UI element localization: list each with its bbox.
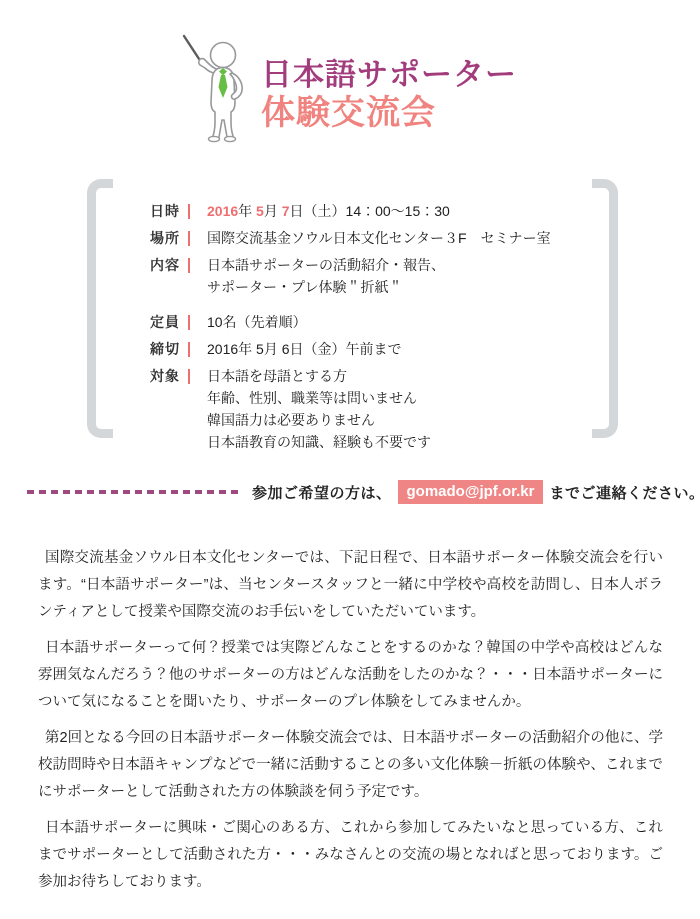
info-value-line: 国際交流基金ソウル日本文化センター３F セミナー室: [207, 227, 551, 249]
label-separator-bar: [188, 342, 190, 357]
paragraph: 日本語サポーターに興味・ご関心のある方、これから参加してみたいなと思っている方、…: [38, 815, 663, 896]
info-value: 日本語サポーターの活動紹介・報告、サポーター・プレ体験＂折紙＂: [207, 254, 445, 298]
event-details-list: 日時2016年 5月 7日（土）14：00～15：30場所国際交流基金ソウル日本…: [150, 200, 580, 458]
info-value-line: 2016年 5月 6日（金）午前まで: [207, 338, 402, 360]
info-value-line: サポーター・プレ体験＂折紙＂: [207, 276, 445, 298]
info-label: 締切: [150, 338, 182, 360]
info-label: 定員: [150, 311, 182, 333]
page-title: 日本語サポーター 体験交流会: [261, 56, 517, 132]
info-value: 日本語を母語とする方年齢、性別、職業等は問いません韓国語力は必要ありません日本語…: [207, 365, 431, 453]
label-separator-bar: [188, 204, 190, 219]
info-label: 日時: [150, 200, 182, 222]
info-row: 場所国際交流基金ソウル日本文化センター３F セミナー室: [150, 227, 580, 249]
info-value: 2016年 5月 6日（金）午前まで: [207, 338, 402, 360]
mascot-foot-right: [225, 136, 236, 141]
mascot-head: [211, 43, 236, 68]
right-bracket-decoration: [592, 179, 618, 438]
info-row: 締切2016年 5月 6日（金）午前まで: [150, 338, 580, 360]
contact-suffix: までご連絡ください。: [549, 482, 700, 503]
info-value-line: 日本語サポーターの活動紹介・報告、: [207, 254, 445, 276]
left-bracket-decoration: [87, 179, 113, 438]
contact-prefix: 参加ご希望の方は、: [252, 482, 392, 503]
info-row: 日時2016年 5月 7日（土）14：00～15：30: [150, 200, 580, 222]
info-label: 対象: [150, 365, 182, 387]
info-value-line: 10名（先着順）: [207, 311, 307, 333]
info-value-line: 日本語教育の知識、経験も不要です: [207, 431, 431, 453]
dashed-rule-left: [27, 490, 240, 494]
title-line2: 体験交流会: [261, 94, 517, 132]
label-separator-bar: [188, 231, 190, 246]
info-label: 場所: [150, 227, 182, 249]
paragraph: 日本語サポーターって何？授業では実際どんなことをするのかな？韓国の中学や高校はど…: [38, 635, 663, 716]
body-paragraphs: 国際交流基金ソウル日本文化センターでは、下記日程で、日本語サポーター体験交流会を…: [38, 545, 663, 905]
label-separator-bar: [188, 315, 190, 330]
info-label: 内容: [150, 254, 182, 276]
contact-line: 参加ご希望の方は、 gomado@jpf.or.kr までご連絡ください。: [0, 477, 700, 507]
mascot-foot-left: [209, 136, 220, 141]
label-separator-bar: [188, 258, 190, 273]
info-value-line: 日本語を母語とする方: [207, 365, 431, 387]
info-row: 定員10名（先着順）: [150, 311, 580, 333]
title-line1: 日本語サポーター: [261, 56, 517, 94]
contact-email[interactable]: gomado@jpf.or.kr: [398, 480, 544, 504]
paragraph: 国際交流基金ソウル日本文化センターでは、下記日程で、日本語サポーター体験交流会を…: [38, 545, 663, 626]
info-value-line: 韓国語力は必要ありません: [207, 409, 431, 431]
paragraph: 第2回となる今回の日本語サポーター体験交流会では、日本語サポーターの活動紹介の他…: [38, 725, 663, 806]
info-value: 2016年 5月 7日（土）14：00～15：30: [207, 200, 450, 222]
info-row: 対象日本語を母語とする方年齢、性別、職業等は問いません韓国語力は必要ありません日…: [150, 365, 580, 453]
info-row: 内容日本語サポーターの活動紹介・報告、サポーター・プレ体験＂折紙＂: [150, 254, 580, 298]
teacher-with-pointer-icon: [175, 30, 270, 162]
info-value-line: 2016年 5月 7日（土）14：00～15：30: [207, 200, 450, 222]
info-value-line: 年齢、性別、職業等は問いません: [207, 387, 431, 409]
flyer-page: 日本語サポーター 体験交流会 日時2016年 5月 7日（土）14：00～15：…: [0, 0, 700, 919]
teacher-mascot-illustration: [175, 30, 270, 162]
info-value: 国際交流基金ソウル日本文化センター３F セミナー室: [207, 227, 551, 249]
info-value: 10名（先着順）: [207, 311, 307, 333]
label-separator-bar: [188, 369, 190, 384]
